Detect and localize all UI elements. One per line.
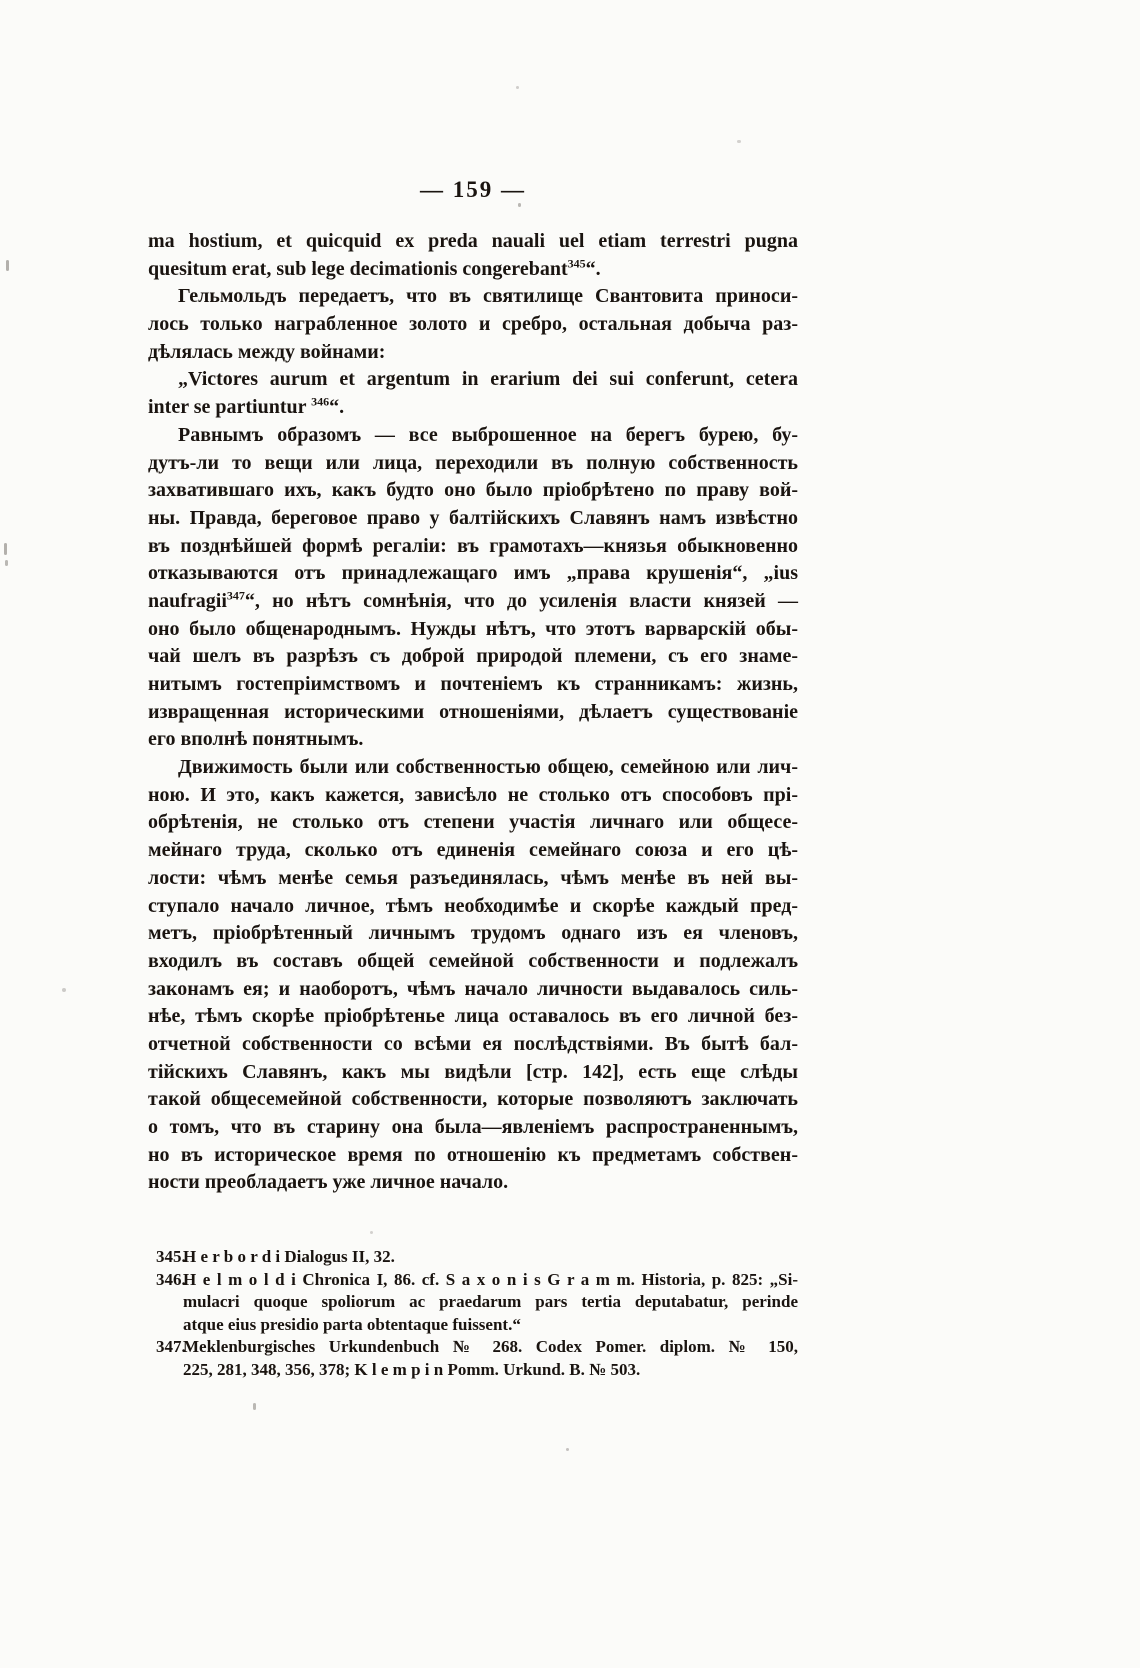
- book-page: — 159 — ma hostium, et quicquid ex preda…: [0, 0, 1140, 1668]
- footnote-line: 346.H e l m o l d i Chronica I, 86. cf. …: [156, 1269, 798, 1292]
- body-line: дутъ-ли то вещи или лица, переходили въ …: [148, 450, 798, 478]
- footnote-text: 225, 281, 348, 356, 378; K l e m p i n P…: [183, 1360, 640, 1379]
- body-line: метъ, пріобрѣтенный личнымъ трудомъ одна…: [148, 920, 798, 948]
- scan-speck: [6, 260, 9, 271]
- footnote-line: 345.H e r b o r d i Dialogus II, 32.: [156, 1246, 798, 1269]
- body-text: ma hostium, et quicquid ex preda nauali …: [148, 228, 798, 1197]
- body-line: отказываются отъ принадлежащаго имъ „пра…: [148, 560, 798, 588]
- footnote-number: 345.: [156, 1246, 186, 1269]
- body-line: нитымъ гостепріимствомъ и почтеніемъ къ …: [148, 671, 798, 699]
- body-line: Равнымъ образомъ — все выброшенное на бе…: [148, 422, 798, 450]
- footnote-number: 346.: [156, 1269, 186, 1292]
- body-line: „Victores aurum et argentum in erarium d…: [148, 366, 798, 394]
- footnote-text: H e r b o r d i Dialogus II, 32.: [183, 1247, 395, 1266]
- footnote-line: atque eius presidio parta obtentaque fui…: [156, 1314, 798, 1337]
- body-line: ma hostium, et quicquid ex preda nauali …: [148, 228, 798, 256]
- body-line: отчетной собственности со всѣми ея послѣ…: [148, 1031, 798, 1059]
- footnotes: 345.H e r b o r d i Dialogus II, 32.346.…: [156, 1246, 798, 1382]
- scan-speck: [4, 543, 7, 555]
- footnote-text: mulacri quoque spoliorum ac praedarum pa…: [183, 1292, 798, 1311]
- scan-speck: [518, 203, 521, 207]
- body-line: ности преобладаетъ уже личное начало.: [148, 1169, 798, 1197]
- body-line: naufragii347“, но нѣтъ сомнѣнія, что до …: [148, 588, 798, 616]
- body-line: Гельмольдъ передаетъ, что въ святилище С…: [148, 283, 798, 311]
- body-line: quesitum erat, sub lege decimationis con…: [148, 256, 798, 284]
- footnote-line: 225, 281, 348, 356, 378; K l e m p i n P…: [156, 1359, 798, 1382]
- body-line: обрѣтенія, не столько отъ степени участі…: [148, 809, 798, 837]
- body-line: чай шелъ въ разрѣзъ съ доброй природой п…: [148, 643, 798, 671]
- footnote-line: mulacri quoque spoliorum ac praedarum pa…: [156, 1291, 798, 1314]
- body-line: извращенная историческими отношеніями, д…: [148, 699, 798, 727]
- footnote-text: atque eius presidio parta obtentaque fui…: [183, 1315, 521, 1334]
- scan-speck: [566, 1448, 569, 1451]
- body-line: ступало начало личное, тѣмъ необходимѣе …: [148, 893, 798, 921]
- body-line: такой общесемейной собственности, которы…: [148, 1086, 798, 1114]
- scan-speck: [253, 1403, 256, 1410]
- body-line: мейнаго труда, сколько отъ единенія семе…: [148, 837, 798, 865]
- body-line: Движимость были или собственностью общею…: [148, 754, 798, 782]
- body-line: лости: чѣмъ менѣе семья разъединялась, ч…: [148, 865, 798, 893]
- page-number: — 159 —: [148, 177, 798, 203]
- scan-speck: [737, 140, 741, 143]
- footnote-number: 347.: [156, 1336, 186, 1359]
- scan-speck: [516, 86, 519, 89]
- scan-speck: [62, 988, 66, 992]
- body-line: дѣлялась между войнами:: [148, 339, 798, 367]
- body-line: законамъ ея; и наоборотъ, чѣмъ начало ли…: [148, 976, 798, 1004]
- body-line: ною. И это, какъ кажется, зависѣло не ст…: [148, 782, 798, 810]
- body-line: его вполнѣ понятнымъ.: [148, 726, 798, 754]
- body-line: лось только награбленное золото и сребро…: [148, 311, 798, 339]
- footnote-line: 347.Meklenburgisches Urkundenbuch № 268.…: [156, 1336, 798, 1359]
- body-line: оно было общенароднымъ. Нужды нѣтъ, что …: [148, 616, 798, 644]
- footnote-text: H e l m o l d i Chronica I, 86. cf. S a …: [183, 1270, 798, 1289]
- body-line: нѣе, тѣмъ скорѣе пріобрѣтенье лица остав…: [148, 1003, 798, 1031]
- footnote-text: Meklenburgisches Urkundenbuch № 268. Cod…: [183, 1337, 798, 1356]
- scan-speck: [5, 560, 8, 566]
- body-line: о томъ, что въ старину она была—явленіем…: [148, 1114, 798, 1142]
- body-line: ны. Правда, береговое право у балтійских…: [148, 505, 798, 533]
- scan-speck: [370, 1231, 373, 1234]
- body-line: inter se partiuntur 346“.: [148, 394, 798, 422]
- body-line: захватившаго ихъ, какъ будто оно было пр…: [148, 477, 798, 505]
- body-line: тійскихъ Славянъ, какъ мы видѣли [стр. 1…: [148, 1059, 798, 1087]
- body-line: входилъ въ составъ общей семейной собств…: [148, 948, 798, 976]
- body-line: въ позднѣйшей формѣ регаліи: въ грамотах…: [148, 533, 798, 561]
- body-line: но въ историческое время по отношенію къ…: [148, 1142, 798, 1170]
